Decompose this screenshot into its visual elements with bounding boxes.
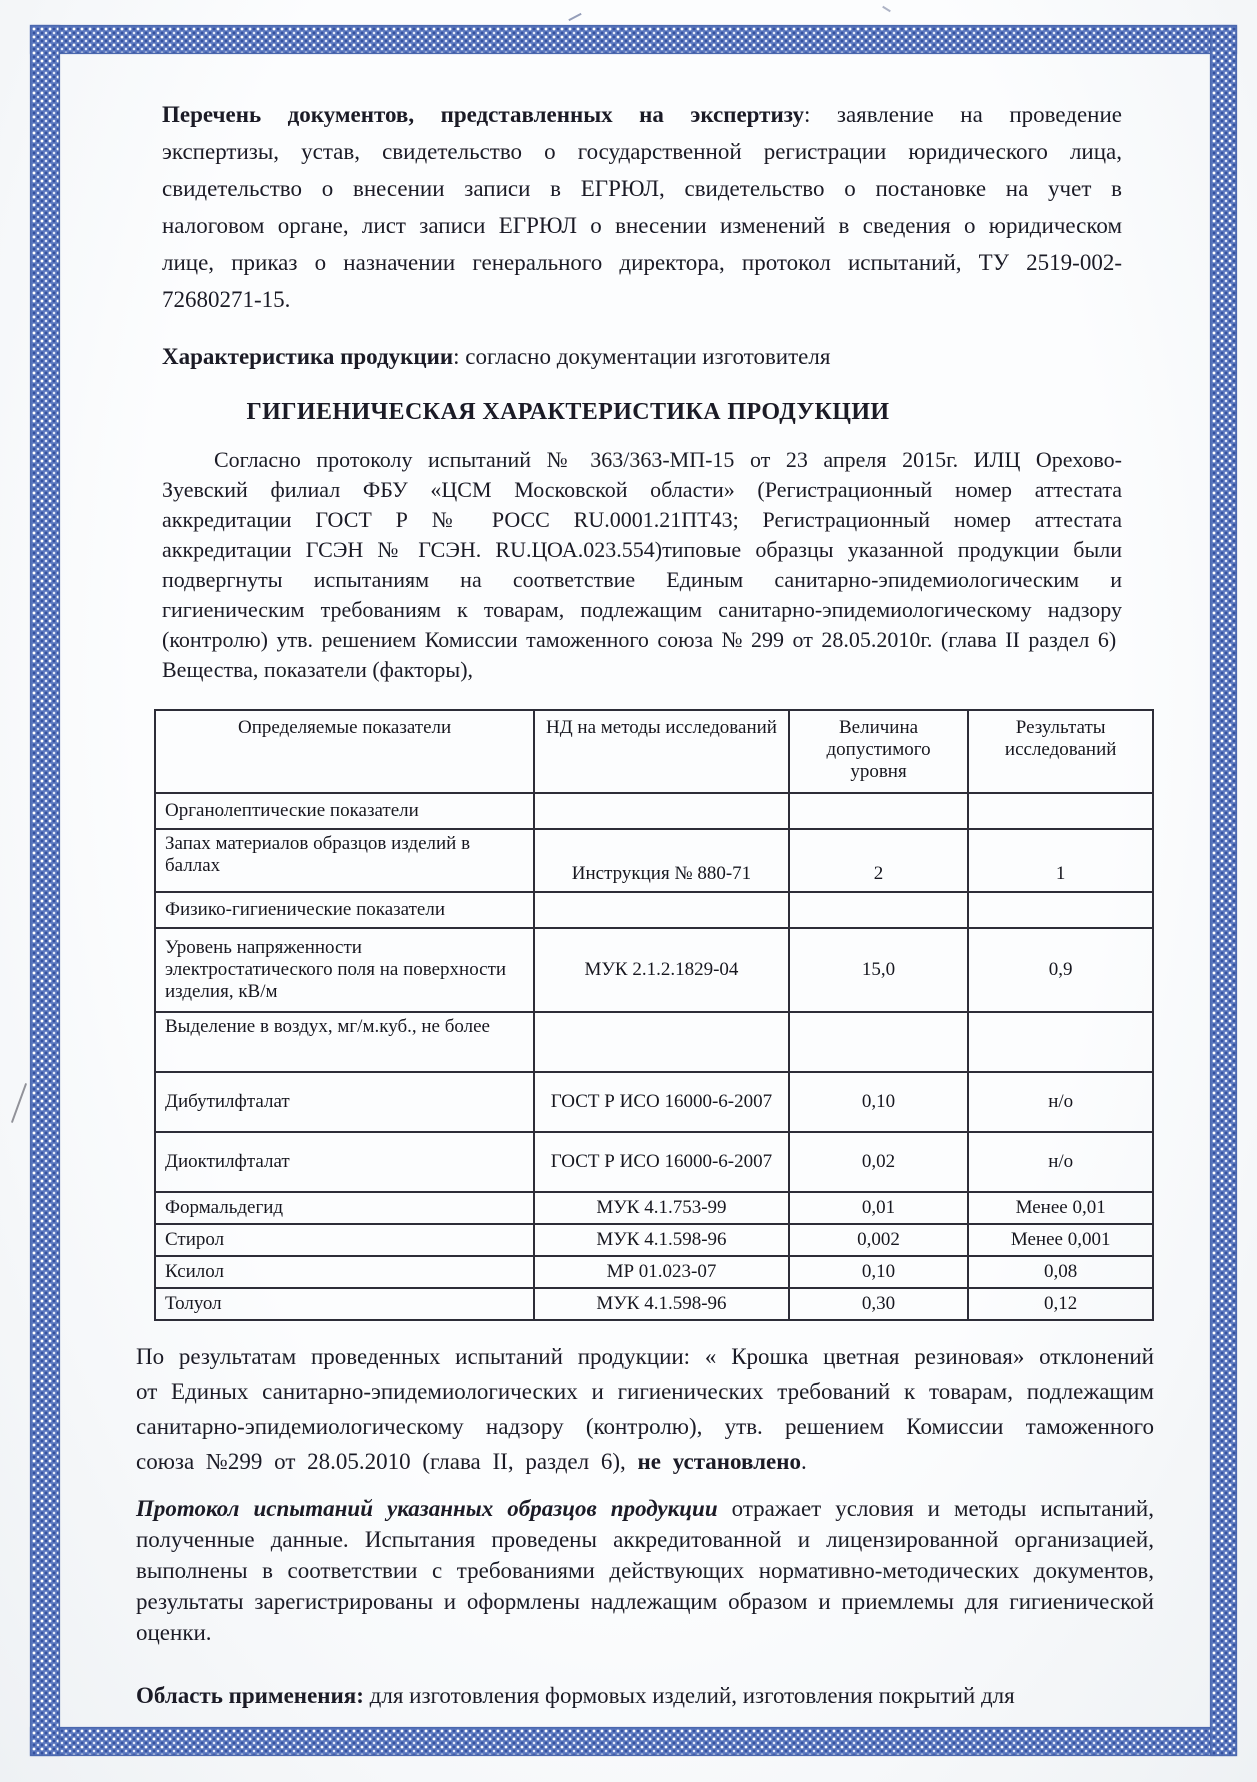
- table-row: Дибутилфталат ГОСТ Р ИСО 16000-6-2007 0,…: [155, 1072, 1153, 1132]
- header-indicators: Определяемые показатели: [155, 710, 534, 793]
- table-row-section: Органолептические показатели: [155, 793, 1153, 829]
- scan-artifact-speck: [882, 6, 891, 12]
- documents-list-text: : заявление на проведение экспертизы, ус…: [162, 102, 1122, 312]
- cell-method: МР 01.023-07: [534, 1256, 788, 1288]
- table-header-row: Определяемые показатели НД на методы исс…: [155, 710, 1153, 793]
- cell-result: 0,9: [968, 928, 1153, 1012]
- cell-limit: 0,10: [789, 1072, 969, 1132]
- cell-indicator: Диоктилфталат: [155, 1132, 534, 1192]
- cell-indicator: Уровень напряженности электростатическог…: [155, 928, 534, 1012]
- test-protocol-paragraph: Согласно протоколу испытаний № 363/363-М…: [162, 445, 1122, 655]
- cell-indicator: Выделение в воздух, мг/м.куб., не более: [155, 1012, 534, 1072]
- cell-indicator: Стирол: [155, 1224, 534, 1256]
- cell-result: 1: [968, 829, 1153, 892]
- table-row-section: Выделение в воздух, мг/м.куб., не более: [155, 1012, 1153, 1072]
- cell-limit: 0,30: [789, 1288, 969, 1320]
- table-row: Формальдегид МУК 4.1.753-99 0,01 Менее 0…: [155, 1192, 1153, 1224]
- hygiene-results-table: Определяемые показатели НД на методы исс…: [154, 709, 1154, 1321]
- application-paragraph: Область применения: для изготовления фор…: [136, 1680, 1154, 1711]
- cell-method: МУК 4.1.598-96: [534, 1288, 788, 1320]
- cell-result: 0,08: [968, 1256, 1153, 1288]
- cell-limit: 15,0: [789, 928, 969, 1012]
- cell-result: н/о: [968, 1072, 1153, 1132]
- cell-method: [534, 1012, 788, 1072]
- guilloche-border-right: [1210, 25, 1237, 1756]
- cell-method: ГОСТ Р ИСО 16000-6-2007: [534, 1072, 788, 1132]
- cell-method: Инструкция № 880-71: [534, 829, 788, 892]
- cell-result: [968, 1012, 1153, 1072]
- document-content: Перечень документов, представленных на э…: [140, 96, 1154, 1711]
- cell-method: ГОСТ Р ИСО 16000-6-2007: [534, 1132, 788, 1192]
- cell-method: МУК 2.1.2.1829-04: [534, 928, 788, 1012]
- cell-indicator: Формальдегид: [155, 1192, 534, 1224]
- cell-result: Менее 0,001: [968, 1224, 1153, 1256]
- scanned-certificate-page: Перечень документов, представленных на э…: [0, 0, 1257, 1782]
- cell-limit: 0,02: [789, 1132, 969, 1192]
- cell-result: Менее 0,01: [968, 1192, 1153, 1224]
- table-row: Диоктилфталат ГОСТ Р ИСО 16000-6-2007 0,…: [155, 1132, 1153, 1192]
- table-row: Ксилол МР 01.023-07 0,10 0,08: [155, 1256, 1153, 1288]
- cell-limit: 0,10: [789, 1256, 969, 1288]
- test-results-paragraph: По результатам проведенных испытаний про…: [136, 1339, 1154, 1479]
- product-characteristic-text: : согласно документации изготовителя: [453, 344, 830, 369]
- documents-list-paragraph: Перечень документов, представленных на э…: [162, 96, 1122, 318]
- documents-list-lead: Перечень документов, представленных на э…: [162, 102, 804, 127]
- cell-result: 0,12: [968, 1288, 1153, 1320]
- protocol-paragraph: Протокол испытаний указанных образцов пр…: [136, 1493, 1154, 1648]
- cell-method: [534, 793, 788, 829]
- table-row: Уровень напряженности электростатическог…: [155, 928, 1153, 1012]
- cell-limit: [789, 793, 969, 829]
- cell-indicator: Толуол: [155, 1288, 534, 1320]
- product-characteristic-paragraph: Характеристика продукции: согласно докум…: [162, 338, 1122, 375]
- cell-indicator: Органолептические показатели: [155, 793, 534, 829]
- guilloche-border-bottom: [30, 1727, 1237, 1756]
- table-row: Толуол МУК 4.1.598-96 0,30 0,12: [155, 1288, 1153, 1320]
- cell-indicator: Запах материалов образцов изделий в балл…: [155, 829, 534, 892]
- cell-limit: 0,01: [789, 1192, 969, 1224]
- guilloche-border-top: [30, 25, 1237, 54]
- cell-method: МУК 4.1.598-96: [534, 1224, 788, 1256]
- cell-indicator: Физико-гигиенические показатели: [155, 892, 534, 928]
- table-row: Стирол МУК 4.1.598-96 0,002 Менее 0,001: [155, 1224, 1153, 1256]
- test-results-period: .: [801, 1449, 807, 1474]
- cell-method: МУК 4.1.753-99: [534, 1192, 788, 1224]
- cell-limit: 0,002: [789, 1224, 969, 1256]
- application-text: для изготовления формовых изделий, изгот…: [364, 1683, 1015, 1708]
- substances-line: Вещества, показатели (факторы),: [162, 655, 1122, 685]
- protocol-lead: Протокол испытаний указанных образцов пр…: [136, 1496, 718, 1521]
- cell-method: [534, 892, 788, 928]
- application-lead: Область применения:: [136, 1683, 364, 1708]
- cell-result: [968, 793, 1153, 829]
- cell-result: [968, 892, 1153, 928]
- header-limit: Величина допустимого уровня: [789, 710, 969, 793]
- table-row: Запах материалов образцов изделий в балл…: [155, 829, 1153, 892]
- cell-result: н/о: [968, 1132, 1153, 1192]
- scan-artifact-slash: [11, 1083, 27, 1123]
- cell-indicator: Дибутилфталат: [155, 1072, 534, 1132]
- scan-artifact-speck: [568, 13, 581, 21]
- guilloche-border-left: [30, 25, 60, 1756]
- table-row-section: Физико-гигиенические показатели: [155, 892, 1153, 928]
- cell-limit: [789, 1012, 969, 1072]
- cell-limit: 2: [789, 829, 969, 892]
- header-methods: НД на методы исследований: [534, 710, 788, 793]
- hygiene-section-heading: ГИГИЕНИЧЕСКАЯ ХАРАКТЕРИСТИКА ПРОДУКЦИИ: [162, 397, 974, 427]
- cell-indicator: Ксилол: [155, 1256, 534, 1288]
- cell-limit: [789, 892, 969, 928]
- product-characteristic-lead: Характеристика продукции: [162, 344, 453, 369]
- header-results: Результаты исследований: [968, 710, 1153, 793]
- test-results-bold-tail: не установлено: [638, 1449, 801, 1474]
